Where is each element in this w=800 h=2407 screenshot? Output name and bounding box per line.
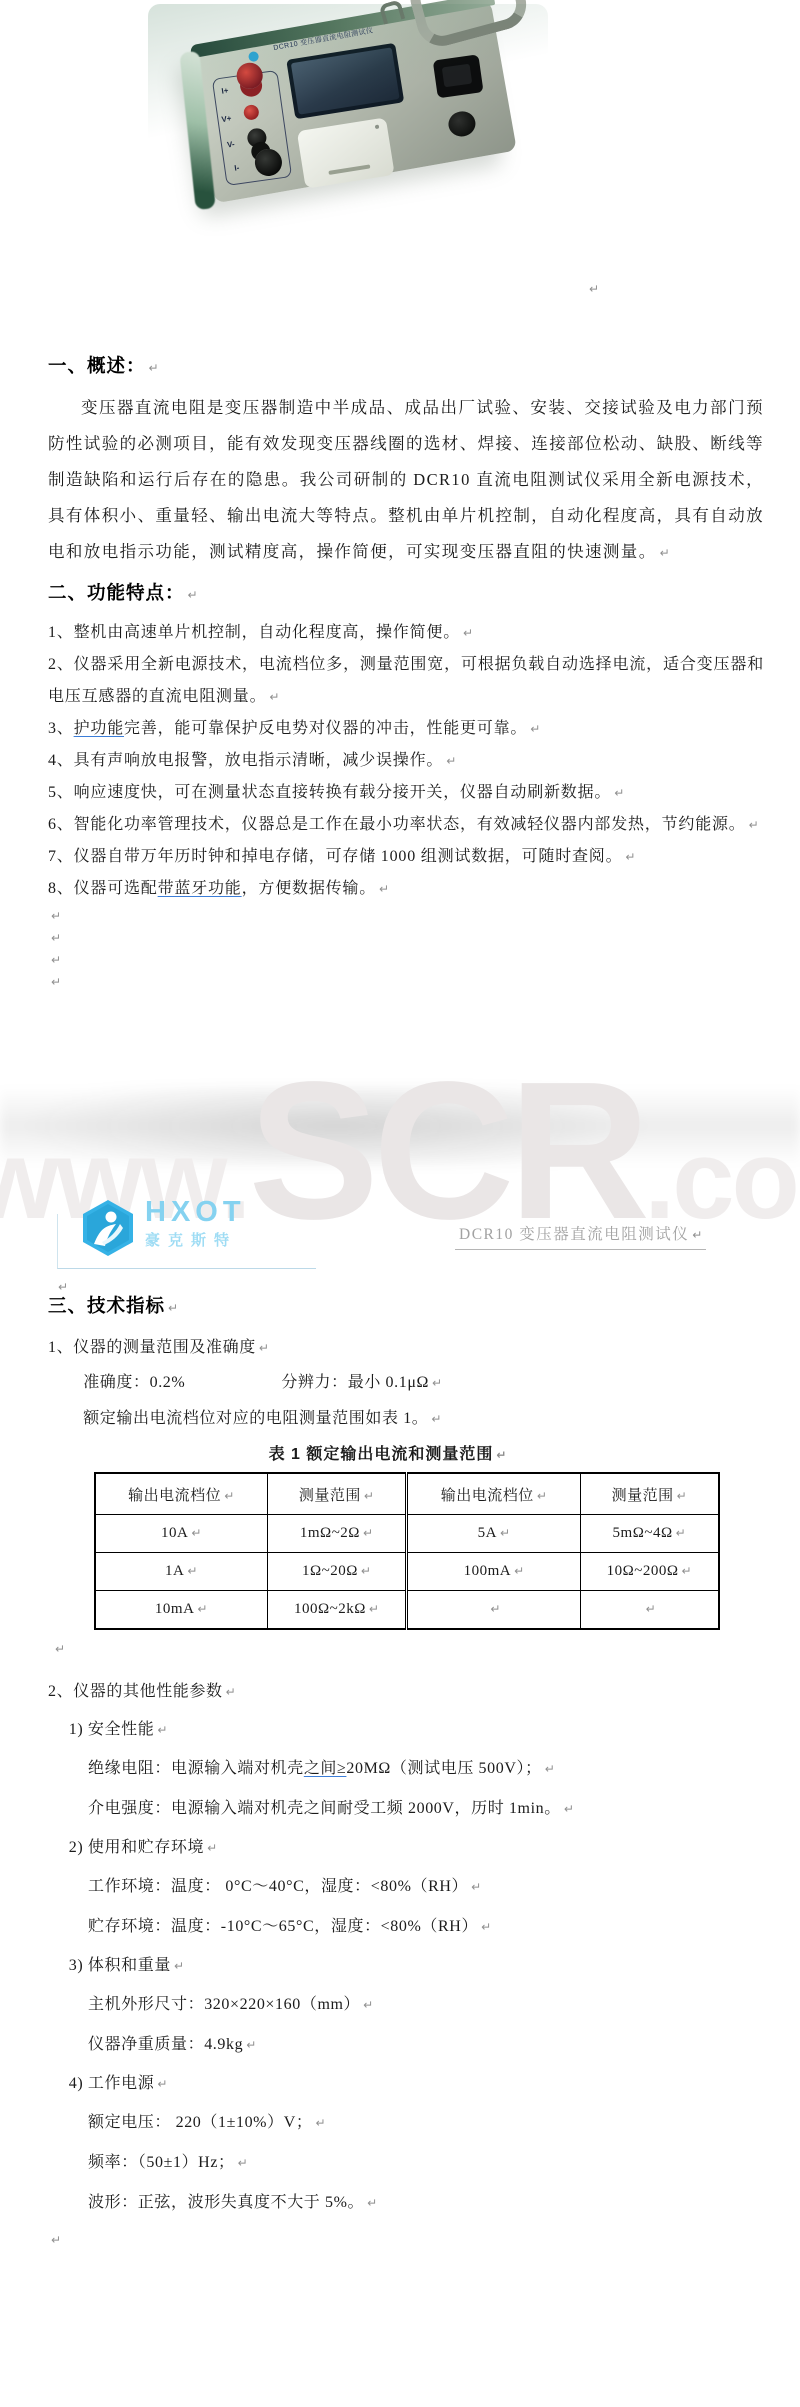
feature-item: 1、整机由高速单片机控制，自动化程度高，操作简便。↵	[48, 617, 764, 649]
paragraph-mark: ↵	[692, 1228, 704, 1242]
spec-line: 波形：正弦，波形失真度不大于 5%。↵	[48, 2183, 764, 2223]
page-header-title: DCR10 变压器直流电阻测试仪↵	[455, 1222, 706, 1250]
feature-item: 6、智能化功率管理技术，仪器总是工作在最小功率状态，有效减轻仪器内部发热，节约能…	[48, 809, 764, 841]
range-note-text: 额定输出电流档位对应的电阻测量范围如表 1。	[83, 1410, 428, 1427]
paragraph-mark: ↵	[446, 754, 457, 768]
paragraph-mark: ↵	[463, 626, 474, 640]
text-run: 4) 工作电源	[69, 2075, 155, 2092]
table-cell: ↵	[407, 1591, 580, 1630]
feature-item: 5、响应速度快，可在测量状态直接转换有载分接开关，仪器自动刷新数据。↵	[48, 777, 764, 809]
table-cell: 10mA↵	[95, 1591, 267, 1630]
tech-sub2-text: 2、仪器的其他性能参数	[48, 1683, 223, 1700]
table-cell: 10Ω~200Ω↵	[580, 1553, 719, 1591]
feature-list: 1、整机由高速单片机控制，自动化程度高，操作简便。↵2、仪器采用全新电源技术，电…	[48, 617, 764, 905]
resolution-value: 分辨力：最小 0.1μΩ	[281, 1374, 429, 1391]
table-row: 1A↵1Ω~20Ω↵100mA↵10Ω~200Ω↵	[95, 1553, 719, 1591]
terminal-label-v-plus: V+	[221, 114, 232, 124]
paragraph-mark: ↵	[207, 1841, 218, 1855]
terminal-panel: I+ V+ V- I-	[212, 70, 292, 186]
paragraph-mark: ↵	[224, 1489, 235, 1503]
table-row: 10mA↵100Ω~2kΩ↵↵↵	[95, 1591, 719, 1630]
paragraph-mark: ↵	[545, 1762, 556, 1776]
lcd-screen	[291, 47, 400, 114]
paragraph-mark: ↵	[367, 2196, 378, 2210]
paragraph-mark: ↵	[157, 1723, 168, 1737]
paragraph-mark: ↵	[315, 2116, 326, 2130]
paragraph-mark: ↵	[379, 882, 390, 896]
empty-line: ↵	[48, 927, 764, 949]
paragraph-mark: ↵	[364, 1489, 375, 1503]
text-run: 完善，能可靠保护反电势对仪器的冲击，性能更可靠。	[124, 720, 527, 737]
table-title: 表 1 额定输出电流和测量范围↵	[48, 1441, 728, 1464]
paragraph-mark: ↵	[432, 1376, 443, 1390]
range-note: 额定输出电流档位对应的电阻测量范围如表 1。↵	[48, 1403, 764, 1435]
text-run: 贮存环境：温度：-10°C～65°C，湿度：<80%（RH）	[88, 1918, 478, 1935]
text-run: 工作环境：温度： 0°C～40°C，湿度：<80%（RH）	[88, 1878, 468, 1895]
feature-item: 7、仪器自带万年历时钟和掉电存储，可存储 1000 组测试数据，可随时查阅。↵	[48, 841, 764, 873]
power-button	[446, 109, 477, 138]
feature-item: 2、仪器采用全新电源技术，电流档位多，测量范围宽，可根据负载自动选择电流，适合变…	[48, 649, 764, 713]
black-terminal-post	[253, 147, 283, 177]
text-run: 5、响应速度快，可在测量状态直接转换有载分接开关，仪器自动刷新数据。	[48, 784, 611, 801]
black-terminal-medium	[246, 127, 267, 148]
spec-group-title: 4) 工作电源↵	[48, 2065, 764, 2103]
power-socket	[433, 54, 484, 98]
feature-item: 4、具有声响放电报警，放电指示清晰，减少误操作。↵	[48, 745, 764, 777]
product-photo: DCR10 变压器直流电阻测试仪 I+ V+ V- I-	[148, 4, 548, 202]
feature-item: 3、护功能完善，能可靠保护反电势对仪器的冲击，性能更可靠。↵	[48, 713, 764, 745]
paragraph-mark: ↵	[471, 1880, 482, 1894]
paragraph-mark: ↵	[226, 1685, 237, 1699]
table-cell: 1Ω~20Ω↵	[267, 1553, 407, 1591]
spec-group-title: 2) 使用和贮存环境↵	[48, 1829, 764, 1867]
lcd-display	[286, 43, 404, 119]
printer-screw	[375, 125, 380, 130]
paragraph-mark: ↵	[496, 1448, 507, 1462]
paragraph-mark: ↵	[500, 1526, 511, 1540]
tech-sub2: 2、仪器的其他性能参数↵	[48, 1678, 764, 1701]
text-run: 7、仪器自带万年历时钟和掉电存储，可存储 1000 组测试数据，可随时查阅。	[48, 848, 622, 865]
text-run: ，方便数据传输。	[242, 880, 376, 897]
accuracy-value: 准确度：0.2%	[83, 1374, 185, 1391]
text-run: 波形：正弦，波形失真度不大于 5%。	[88, 2194, 364, 2211]
table-cell: 100Ω~2kΩ↵	[267, 1591, 407, 1630]
paragraph-mark: ↵	[51, 909, 61, 923]
paragraph-mark: ↵	[361, 1564, 372, 1578]
paragraph-mark: ↵	[51, 2233, 61, 2247]
hyperlink-text[interactable]: 护功能	[74, 720, 124, 737]
section-heading-features: 二、功能特点：	[48, 582, 185, 603]
company-logo: HXOT 豪克斯特	[80, 1198, 246, 1258]
text-run: 3) 体积和重量	[69, 1957, 171, 1974]
text-run: 3、	[48, 720, 74, 737]
spec-line: 介电强度：电源输入端对机壳之间耐受工频 2000V，历时 1min。↵	[48, 1789, 764, 1829]
instrument-left-edge	[179, 51, 215, 210]
paragraph-mark: ↵	[188, 588, 198, 602]
paragraph-mark: ↵	[749, 818, 760, 832]
instrument-case: DCR10 变压器直流电阻测试仪 I+ V+ V- I-	[189, 1, 517, 204]
overview-paragraph: 变压器直流电阻是变压器制造中半成品、成品出厂试验、安装、交接试验及电力部门预防性…	[48, 390, 764, 571]
paragraph-mark: ↵	[51, 975, 61, 989]
text-run: 6、智能化功率管理技术，仪器总是工作在最小功率状态，有效减轻仪器内部发热，节约能…	[48, 816, 746, 833]
paragraph-mark: ↵	[431, 1412, 442, 1426]
page2-content: 三、技术指标↵ 1、仪器的测量范围及准确度↵ 准确度：0.2%分辨力：最小 0.…	[48, 1292, 764, 2251]
empty-line: ↵	[48, 971, 764, 993]
paragraph-mark: ↵	[187, 1564, 198, 1578]
paragraph-mark: ↵	[269, 690, 280, 704]
paragraph-mark: ↵	[238, 2156, 249, 2170]
spec-line: 绝缘电阻：电源输入端对机壳之间≥20MΩ（测试电压 500V）；↵	[48, 1749, 764, 1789]
hyperlink-text[interactable]: 带蓝牙功能	[158, 880, 242, 897]
paragraph-mark: ↵	[614, 786, 625, 800]
paragraph-mark: ↵	[481, 1920, 492, 1934]
empty-line: ↵	[48, 2229, 764, 2251]
overview-text: 变压器直流电阻是变压器制造中半成品、成品出厂试验、安装、交接试验及电力部门预防性…	[48, 398, 764, 561]
section-heading-tech: 三、技术指标	[48, 1295, 165, 1316]
text-run: 绝缘电阻：电源输入端对机壳	[88, 1760, 304, 1777]
paragraph-mark: ↵	[174, 1959, 185, 1973]
section-heading-overview: 一、概述：	[48, 355, 146, 376]
terminal-label-i-plus: I+	[221, 86, 229, 96]
tech-sub1-text: 1、仪器的测量范围及准确度	[48, 1339, 256, 1356]
paragraph-mark: ↵	[537, 1489, 548, 1503]
text-run: 仪器净重质量：4.9kg	[88, 2036, 243, 2053]
table-row: 10A↵1mΩ~2Ω↵5A↵5mΩ~4Ω↵	[95, 1515, 719, 1553]
paragraph-mark: ↵	[51, 953, 61, 967]
empty-line: ↵	[48, 949, 764, 971]
paragraph-mark: ↵	[530, 722, 541, 736]
table-cell: ↵	[580, 1591, 719, 1630]
paragraph-mark: ↵	[157, 2077, 168, 2091]
text-run: 主机外形尺寸：320×220×160（mm）	[88, 1996, 360, 2013]
empty-line: ↵	[48, 905, 764, 927]
table-header-row: 输出电流档位↵测量范围↵输出电流档位↵测量范围↵	[95, 1473, 719, 1515]
table-header-cell: 测量范围↵	[580, 1473, 719, 1515]
table-cell: 1mΩ~2Ω↵	[267, 1515, 407, 1553]
paragraph-mark: ↵	[55, 1642, 65, 1656]
spec-line: 工作环境：温度： 0°C～40°C，湿度：<80%（RH）↵	[48, 1867, 764, 1907]
paragraph-mark: ↵	[589, 282, 599, 296]
printer-panel	[297, 117, 395, 188]
table-cell: 5mΩ~4Ω↵	[580, 1515, 719, 1553]
paragraph-mark: ↵	[660, 546, 671, 560]
printer-paper-slot	[328, 164, 370, 175]
text-run: 2、仪器采用全新电源技术，电流档位多，测量范围宽，可根据负载自动选择电流，适合变…	[48, 656, 764, 705]
page1-content: 一、概述：↵ 变压器直流电阻是变压器制造中半成品、成品出厂试验、安装、交接试验及…	[48, 352, 764, 993]
table-header-cell: 输出电流档位↵	[407, 1473, 580, 1515]
paragraph-mark: ↵	[490, 1602, 501, 1616]
paragraph-mark: ↵	[676, 1526, 687, 1540]
logo-text-block: HXOT 豪克斯特	[145, 1198, 246, 1250]
paragraph-mark: ↵	[363, 1526, 374, 1540]
spec-line: 贮存环境：温度：-10°C～65°C，湿度：<80%（RH）↵	[48, 1907, 764, 1947]
table-header-cell: 测量范围↵	[267, 1473, 407, 1515]
spec-group-title: 3) 体积和重量↵	[48, 1947, 764, 1985]
red-terminal-post	[235, 61, 264, 90]
page-header-text: DCR10 变压器直流电阻测试仪	[459, 1226, 689, 1243]
text-run: 介电强度：电源输入端对机壳之间耐受工频 2000V，历时 1min。	[88, 1800, 561, 1817]
table-header-cell: 输出电流档位↵	[95, 1473, 267, 1515]
table-cell: 10A↵	[95, 1515, 267, 1553]
logo-abbr: HXOT	[145, 1198, 246, 1226]
paragraph-mark: ↵	[682, 1564, 693, 1578]
terminal-label-v-minus: V-	[226, 140, 235, 150]
logo-hexagon-icon	[80, 1198, 136, 1258]
paragraph-mark: ↵	[363, 1998, 374, 2012]
paragraph-mark: ↵	[259, 1341, 270, 1355]
paragraph-mark: ↵	[369, 1602, 380, 1616]
paragraph-mark: ↵	[197, 1602, 208, 1616]
paragraph-mark: ↵	[149, 361, 159, 375]
paragraph-mark: ↵	[646, 1602, 657, 1616]
terminal-label-i-minus: I-	[234, 163, 240, 173]
spec-line: 频率：（50±1）Hz；↵	[48, 2143, 764, 2183]
paragraph-mark: ↵	[625, 850, 636, 864]
paragraph-mark: ↵	[51, 931, 61, 945]
spec-line: 仪器净重质量：4.9kg↵	[48, 2025, 764, 2065]
feature-item: 8、仪器可选配带蓝牙功能，方便数据传输。↵	[48, 873, 764, 905]
instrument-logo-icon	[248, 51, 260, 63]
text-run: 1) 安全性能	[69, 1721, 155, 1738]
spec-line: 主机外形尺寸：320×220×160（mm）↵	[48, 1985, 764, 2025]
paragraph-mark: ↵	[514, 1564, 525, 1578]
paragraph-mark: ↵	[191, 1526, 202, 1540]
table-cell: 1A↵	[95, 1553, 267, 1591]
text-run: 频率：（50±1）Hz；	[88, 2154, 235, 2171]
table-cell: 100mA↵	[407, 1553, 580, 1591]
instrument-handle	[405, 0, 532, 52]
spec-line: 额定电压： 220（1±10%）V；↵	[48, 2103, 764, 2143]
table-title-text: 表 1 额定输出电流和测量范围	[269, 1446, 494, 1463]
paragraph-mark: ↵	[677, 1489, 688, 1503]
text-run: 1、整机由高速单片机控制，自动化程度高，操作简便。	[48, 624, 460, 641]
document-page: DCR10 变压器直流电阻测试仪 I+ V+ V- I- ↵ 一	[0, 0, 800, 2407]
text-run: 2) 使用和贮存环境	[69, 1839, 204, 1856]
measurement-range-table: 输出电流档位↵测量范围↵输出电流档位↵测量范围↵10A↵1mΩ~2Ω↵5A↵5m…	[94, 1472, 720, 1630]
paragraph-mark: ↵	[246, 2038, 257, 2052]
logo-chinese-name: 豪克斯特	[145, 1229, 246, 1250]
text-run: 8、仪器可选配	[48, 880, 158, 897]
text-run: 20MΩ（测试电压 500V）；	[346, 1760, 541, 1777]
accuracy-line: 准确度：0.2%分辨力：最小 0.1μΩ↵	[48, 1367, 764, 1399]
paragraph-mark: ↵	[168, 1301, 178, 1315]
text-run: 4、具有声响放电报警，放电指示清晰，减少误操作。	[48, 752, 443, 769]
red-terminal-small	[243, 104, 260, 121]
spec-group-title: 1) 安全性能↵	[48, 1711, 764, 1749]
hyperlink-text[interactable]: 之间≥	[304, 1760, 347, 1777]
tech-sub1: 1、仪器的测量范围及准确度↵	[48, 1334, 764, 1357]
spec-groups: 1) 安全性能↵绝缘电阻：电源输入端对机壳之间≥20MΩ（测试电压 500V）；…	[48, 1711, 764, 2223]
table-cell: 5A↵	[407, 1515, 580, 1553]
paragraph-mark: ↵	[564, 1802, 575, 1816]
empty-line: ↵	[52, 1638, 764, 1660]
text-run: 额定电压： 220（1±10%）V；	[88, 2114, 312, 2131]
